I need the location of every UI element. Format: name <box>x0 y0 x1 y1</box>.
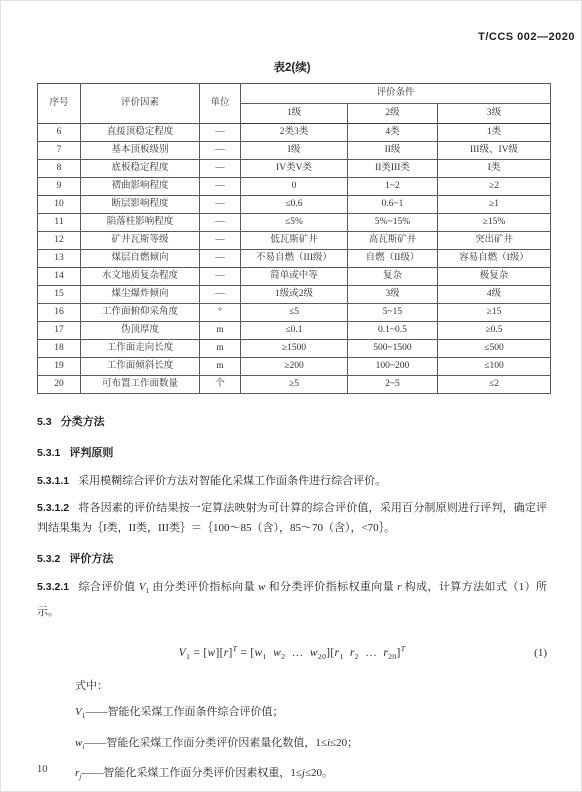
table-cell: ≤0.6 <box>241 196 348 214</box>
clause-5.3: 5.3分类方法 <box>37 412 547 433</box>
table-cell: — <box>200 178 241 196</box>
table-cell: 12 <box>38 232 81 250</box>
table-cell: ≥15 <box>438 304 551 322</box>
table-cell: — <box>200 196 241 214</box>
where-line: wi——智能化采煤工作面分类评价因素量化数值，1≤i≤20； <box>75 730 547 760</box>
table-cell: 100~200 <box>348 358 438 376</box>
table-cell: III级、IV级 <box>438 142 551 160</box>
table-row: 9褶曲影响程度—01~2≥2 <box>38 178 551 196</box>
table-cell: 底板稳定程度 <box>81 160 200 178</box>
header-condition: 评价条件 <box>241 84 551 104</box>
table-cell: 容易自燃（I级） <box>438 250 551 268</box>
table-cell: 2~5 <box>348 376 438 394</box>
formula-row: V1 = [w][r]T = [w1 w2 … w20][r1 r2 … r20… <box>37 644 547 661</box>
table-cell: 19 <box>38 358 81 376</box>
table-cell: ≤5% <box>241 214 348 232</box>
table-row: 15煤尘爆炸倾向—1级或2级3级4级 <box>38 286 551 304</box>
table-cell: 2类3类 <box>241 124 348 142</box>
table-cell: 3级 <box>348 286 438 304</box>
clause-5.3.1: 5.3.1评判原则 <box>37 443 547 464</box>
table-cell: 4类 <box>348 124 438 142</box>
table-cell: 5%~15% <box>348 214 438 232</box>
table-cell: — <box>200 124 241 142</box>
table-cell: 4级 <box>438 286 551 304</box>
clause-number: 5.3.1 <box>37 447 60 459</box>
table-cell: I类 <box>438 160 551 178</box>
table-cell: ≥15% <box>438 214 551 232</box>
table-cell: II级 <box>348 142 438 160</box>
table-cell: ≤500 <box>438 340 551 358</box>
table-cell: — <box>200 232 241 250</box>
document-page: T/CCS 002—2020 表2(续) 序号 评价因素 单位 评价条件 1级 … <box>0 0 582 792</box>
table-row: 12矿井瓦斯等级—低瓦斯矿井高瓦斯矿井突出矿井 <box>38 232 551 250</box>
table-cell: 可布置工作面数量 <box>81 376 200 394</box>
table-cell: I级 <box>241 142 348 160</box>
where-line: V1——智能化采煤工作面条件综合评价值； <box>75 699 547 729</box>
table-header: 序号 评价因素 单位 评价条件 1级 2级 3级 <box>38 84 551 124</box>
table-body: 6直接顶稳定程度—2类3类4类1类7基本顶板级别—I级II级III级、IV级8底… <box>38 124 551 394</box>
table-cell: 8 <box>38 160 81 178</box>
table-cell: — <box>200 268 241 286</box>
table-row: 18工作面走向长度m≥1500500~1500≤500 <box>38 340 551 358</box>
table-cell: ≥200 <box>241 358 348 376</box>
clause-text: 评价方法 <box>69 553 113 565</box>
table-cell: 10 <box>38 196 81 214</box>
table-cell: 1类 <box>438 124 551 142</box>
table-cell: 15 <box>38 286 81 304</box>
table-cell: ≤2 <box>438 376 551 394</box>
table-cell: 个 <box>200 376 241 394</box>
clauses: 5.3分类方法5.3.1评判原则5.3.1.1采用模糊综合评价方法对智能化采煤工… <box>37 412 547 622</box>
table-cell: ≥2 <box>438 178 551 196</box>
table-row: 6直接顶稳定程度—2类3类4类1类 <box>38 124 551 142</box>
table-cell: — <box>200 214 241 232</box>
table-cell: 极复杂 <box>438 268 551 286</box>
table-cell: ≤5 <box>241 304 348 322</box>
page-number: 10 <box>37 764 48 775</box>
table-cell: — <box>200 160 241 178</box>
where-line: rj——智能化采煤工作面分类评价因素权重，1≤j≤20。 <box>75 760 547 790</box>
table-cell: ° <box>200 304 241 322</box>
header-level3: 3级 <box>438 104 551 124</box>
clause-number: 5.3.2 <box>37 553 60 565</box>
table-cell: 自燃（II级） <box>348 250 438 268</box>
doc-number: T/CCS 002—2020 <box>1 1 581 43</box>
table-row: 20可布置工作面数量个≥52~5≤2 <box>38 376 551 394</box>
header-no: 序号 <box>38 84 81 124</box>
clause-number: 5.3 <box>37 416 52 428</box>
where-lines: V1——智能化采煤工作面条件综合评价值；wi——智能化采煤工作面分类评价因素量化… <box>75 699 547 790</box>
table-cell: 工作面倾斜长度 <box>81 358 200 376</box>
table-cell: 7 <box>38 142 81 160</box>
table-cell: 水文地质复杂程度 <box>81 268 200 286</box>
table-cell: 煤层自燃倾向 <box>81 250 200 268</box>
table-cell: 0 <box>241 178 348 196</box>
formula-number: (1) <box>503 647 547 659</box>
clause-text: 评判原则 <box>69 447 113 459</box>
header-level1: 1级 <box>241 104 348 124</box>
table-cell: 不易自燃（III级） <box>241 250 348 268</box>
table-row: 16工作面俯仰采角度°≤55~15≥15 <box>38 304 551 322</box>
table-cell: 13 <box>38 250 81 268</box>
header-factor: 评价因素 <box>81 84 200 124</box>
table-cell: ≥1500 <box>241 340 348 358</box>
table-cell: II类III类 <box>348 160 438 178</box>
clause-text: 将各因素的评价结果按一定算法映射为可计算的综合评价值，采用百分制原则进行评判，确… <box>37 502 547 535</box>
table-cell: m <box>200 340 241 358</box>
table-cell: 6 <box>38 124 81 142</box>
clause-text: 分类方法 <box>61 416 105 428</box>
formula: V1 = [w][r]T = [w1 w2 … w20][r1 r2 … r20… <box>81 644 503 661</box>
table-cell: 1级或2级 <box>241 286 348 304</box>
table-cell: ≥1 <box>438 196 551 214</box>
clause-text: 综合评价值 V1 由分类评价指标向量 w 和分类评价指标权重向量 r 构成，计算… <box>37 581 547 618</box>
table-cell: 11 <box>38 214 81 232</box>
header-unit: 单位 <box>200 84 241 124</box>
where-label: 式中： <box>75 677 547 693</box>
table-cell: 0.6~1 <box>348 196 438 214</box>
table-cell: 1~2 <box>348 178 438 196</box>
clause-5.3.1.1: 5.3.1.1采用模糊综合评价方法对智能化采煤工作面条件进行综合评价。 <box>37 471 547 492</box>
table-cell: 断层影响程度 <box>81 196 200 214</box>
table-cell: 14 <box>38 268 81 286</box>
table-cell: m <box>200 322 241 340</box>
table-cell: — <box>200 250 241 268</box>
table-row: 17伪顶厚度m≤0.10.1~0.5≥0.5 <box>38 322 551 340</box>
table-cell: — <box>200 286 241 304</box>
evaluation-table: 序号 评价因素 单位 评价条件 1级 2级 3级 6直接顶稳定程度—2类3类4类… <box>37 83 551 394</box>
table-row: 11陷落柱影响程度—≤5%5%~15%≥15% <box>38 214 551 232</box>
table-cell: 基本顶板级别 <box>81 142 200 160</box>
table-cell: ≤100 <box>438 358 551 376</box>
table-cell: 高瓦斯矿井 <box>348 232 438 250</box>
table-cell: 直接顶稳定程度 <box>81 124 200 142</box>
table-cell: 伪顶厚度 <box>81 322 200 340</box>
table-cell: 低瓦斯矿井 <box>241 232 348 250</box>
table-cell: 17 <box>38 322 81 340</box>
table-cell: — <box>200 142 241 160</box>
table-row: 14水文地质复杂程度—简单或中等复杂极复杂 <box>38 268 551 286</box>
table-caption: 表2(续) <box>37 59 547 75</box>
table-row: 7基本顶板级别—I级II级III级、IV级 <box>38 142 551 160</box>
clause-number: 5.3.1.1 <box>37 475 69 487</box>
table-cell: 20 <box>38 376 81 394</box>
clause-5.3.2: 5.3.2评价方法 <box>37 549 547 570</box>
table-cell: 陷落柱影响程度 <box>81 214 200 232</box>
header-level2: 2级 <box>348 104 438 124</box>
clause-number: 5.3.1.2 <box>37 502 69 514</box>
table-cell: 5~15 <box>348 304 438 322</box>
table-cell: 工作面走向长度 <box>81 340 200 358</box>
table-cell: 9 <box>38 178 81 196</box>
clause-5.3.1.2: 5.3.1.2将各因素的评价结果按一定算法映射为可计算的综合评价值，采用百分制原… <box>37 498 547 539</box>
table-row: 19工作面倾斜长度m≥200100~200≤100 <box>38 358 551 376</box>
table-cell: ≥5 <box>241 376 348 394</box>
table-cell: 500~1500 <box>348 340 438 358</box>
table-cell: ≥0.5 <box>438 322 551 340</box>
table-cell: m <box>200 358 241 376</box>
clause-text: 采用模糊综合评价方法对智能化采煤工作面条件进行综合评价。 <box>78 475 386 487</box>
clause-number: 5.3.2.1 <box>37 581 69 593</box>
table-cell: 18 <box>38 340 81 358</box>
table-cell: IV类V类 <box>241 160 348 178</box>
table-cell: 简单或中等 <box>241 268 348 286</box>
table-cell: 16 <box>38 304 81 322</box>
clause-5.3.2.1: 5.3.2.1综合评价值 V1 由分类评价指标向量 w 和分类评价指标权重向量 … <box>37 577 547 622</box>
table-cell: 复杂 <box>348 268 438 286</box>
table-row: 13煤层自燃倾向—不易自燃（III级）自燃（II级）容易自燃（I级） <box>38 250 551 268</box>
table-cell: 0.1~0.5 <box>348 322 438 340</box>
table-row: 8底板稳定程度—IV类V类II类III类I类 <box>38 160 551 178</box>
table-cell: 工作面俯仰采角度 <box>81 304 200 322</box>
table-cell: 矿井瓦斯等级 <box>81 232 200 250</box>
table-row: 10断层影响程度—≤0.60.6~1≥1 <box>38 196 551 214</box>
table-cell: 煤尘爆炸倾向 <box>81 286 200 304</box>
table-cell: 褶曲影响程度 <box>81 178 200 196</box>
table-cell: 突出矿井 <box>438 232 551 250</box>
table-cell: ≤0.1 <box>241 322 348 340</box>
